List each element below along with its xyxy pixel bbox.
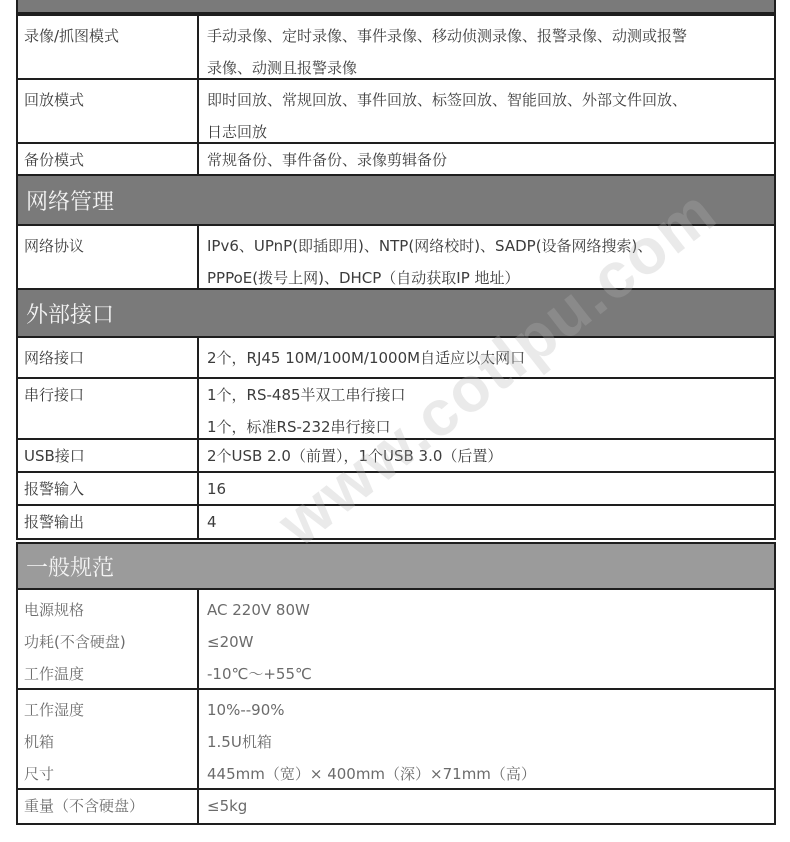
- table-row: 回放模式 即时回放、常规回放、事件回放、标签回放、智能回放、外部文件回放、 日志…: [16, 80, 776, 144]
- row-value: AC 220V 80W ≤20W -10℃～+55℃: [199, 590, 774, 688]
- label-text: 功耗(不含硬盘): [24, 626, 191, 658]
- label-text: 尺寸: [24, 758, 191, 790]
- row-label: 电源规格 功耗(不含硬盘) 工作温度: [18, 590, 199, 688]
- label-text: 报警输入: [24, 473, 191, 505]
- value-text: -10℃～+55℃: [207, 658, 768, 690]
- label-text: 网络接口: [24, 342, 191, 374]
- row-label: 录像/抓图模式: [18, 16, 199, 78]
- label-text: 网络协议: [24, 230, 191, 262]
- row-value: 1个，RS-485半双工串行接口 1个，标准RS-232串行接口: [199, 379, 774, 438]
- row-label: 报警输入: [18, 473, 199, 504]
- table-row: 报警输入 16: [16, 473, 776, 506]
- section-title: 网络管理: [26, 185, 114, 216]
- label-text: 备份模式: [24, 144, 191, 176]
- table-row: 报警输出 4: [16, 506, 776, 540]
- value-text: 2个USB 2.0（前置），1个USB 3.0（后置）: [207, 440, 768, 472]
- section-title: 一般规范: [26, 551, 114, 582]
- row-label: 网络协议: [18, 226, 199, 288]
- row-label: 备份模式: [18, 144, 199, 174]
- table-row: 重量（不含硬盘） ≤5kg: [16, 790, 776, 825]
- row-label: 重量（不含硬盘）: [18, 790, 199, 823]
- table-row: 备份模式 常规备份、事件备份、录像剪辑备份: [16, 144, 776, 176]
- section-header-network-management: 网络管理: [16, 176, 776, 226]
- table-row: 录像/抓图模式 手动录像、定时录像、事件录像、移动侦测录像、报警录像、动测或报警…: [16, 14, 776, 80]
- row-label: 工作湿度 机箱 尺寸: [18, 690, 199, 788]
- value-text: 手动录像、定时录像、事件录像、移动侦测录像、报警录像、动测或报警: [207, 20, 768, 52]
- table-row: 工作湿度 机箱 尺寸 10%--90% 1.5U机箱 445mm（宽）× 400…: [16, 690, 776, 790]
- label-text: 工作温度: [24, 658, 191, 690]
- row-value: 4: [199, 506, 774, 538]
- row-value: 10%--90% 1.5U机箱 445mm（宽）× 400mm（深）×71mm（…: [199, 690, 774, 788]
- value-text: ≤20W: [207, 626, 768, 658]
- row-value: 2个，RJ45 10M/100M/1000M自适应以太网口: [199, 338, 774, 377]
- row-value: 即时回放、常规回放、事件回放、标签回放、智能回放、外部文件回放、 日志回放: [199, 80, 774, 142]
- row-label: 报警输出: [18, 506, 199, 538]
- section-header-external-interfaces: 外部接口: [16, 290, 776, 338]
- row-value: 16: [199, 473, 774, 504]
- label-text: 电源规格: [24, 594, 191, 626]
- value-text: 2个，RJ45 10M/100M/1000M自适应以太网口: [207, 342, 768, 374]
- value-text: 10%--90%: [207, 694, 768, 726]
- table-row: USB接口 2个USB 2.0（前置），1个USB 3.0（后置）: [16, 440, 776, 473]
- row-label: 回放模式: [18, 80, 199, 142]
- value-text: 1.5U机箱: [207, 726, 768, 758]
- value-text: AC 220V 80W: [207, 594, 768, 626]
- spec-table: 录像管理 录像/抓图模式 手动录像、定时录像、事件录像、移动侦测录像、报警录像、…: [16, 0, 776, 825]
- table-row: 串行接口 1个，RS-485半双工串行接口 1个，标准RS-232串行接口: [16, 379, 776, 440]
- table-row: 网络协议 IPv6、UPnP(即插即用)、NTP(网络校时)、SADP(设备网络…: [16, 226, 776, 290]
- value-text: 常规备份、事件备份、录像剪辑备份: [207, 144, 768, 176]
- label-text: 工作湿度: [24, 694, 191, 726]
- row-value: 常规备份、事件备份、录像剪辑备份: [199, 144, 774, 174]
- value-text: 即时回放、常规回放、事件回放、标签回放、智能回放、外部文件回放、: [207, 84, 768, 116]
- label-text: 重量（不含硬盘）: [24, 790, 191, 822]
- row-label: 串行接口: [18, 379, 199, 438]
- value-text: IPv6、UPnP(即插即用)、NTP(网络校时)、SADP(设备网络搜索)、: [207, 230, 768, 262]
- value-text: ≤5kg: [207, 790, 768, 822]
- section-title: 录像管理: [26, 0, 114, 2]
- row-label: USB接口: [18, 440, 199, 471]
- label-text: 机箱: [24, 726, 191, 758]
- row-label: 网络接口: [18, 338, 199, 377]
- value-text: 16: [207, 473, 768, 505]
- label-text: 回放模式: [24, 84, 191, 116]
- table-row: 电源规格 功耗(不含硬盘) 工作温度 AC 220V 80W ≤20W -10℃…: [16, 590, 776, 690]
- value-text: 1个，RS-485半双工串行接口: [207, 379, 768, 411]
- label-text: 报警输出: [24, 506, 191, 538]
- value-text: 445mm（宽）× 400mm（深）×71mm（高）: [207, 758, 768, 790]
- row-value: IPv6、UPnP(即插即用)、NTP(网络校时)、SADP(设备网络搜索)、 …: [199, 226, 774, 288]
- value-text: 4: [207, 506, 768, 538]
- label-text: USB接口: [24, 440, 191, 472]
- value-text: PPPoE(拨号上网)、DHCP（自动获取IP 地址）: [207, 262, 768, 294]
- table-row: 网络接口 2个，RJ45 10M/100M/1000M自适应以太网口: [16, 338, 776, 379]
- row-value: 手动录像、定时录像、事件录像、移动侦测录像、报警录像、动测或报警 录像、动测且报…: [199, 16, 774, 78]
- section-header-general-specs: 一般规范: [16, 542, 776, 590]
- value-text: 1个，标准RS-232串行接口: [207, 411, 768, 443]
- section-title: 外部接口: [26, 298, 114, 329]
- label-text: 录像/抓图模式: [24, 20, 191, 52]
- section-header-recording: 录像管理: [16, 0, 776, 14]
- row-value: ≤5kg: [199, 790, 774, 823]
- row-value: 2个USB 2.0（前置），1个USB 3.0（后置）: [199, 440, 774, 471]
- label-text: 串行接口: [24, 379, 191, 411]
